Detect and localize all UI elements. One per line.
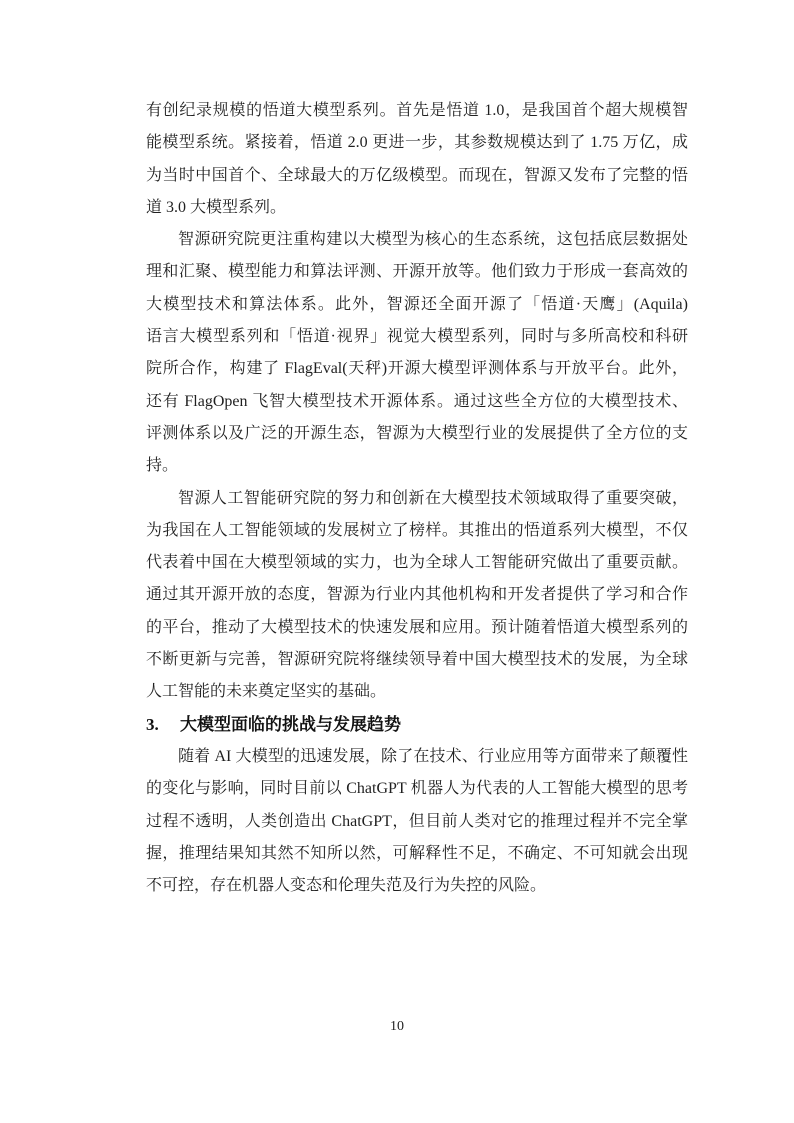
text-line: 院所合作，构建了 FlagEval(天秤)开源大模型评测体系与开放平台。此外， [146,353,688,385]
text-line: 不断更新与完善，智源研究院将继续领导着中国大模型技术的发展，为全球 [146,644,688,676]
text-line: 还有 FlagOpen 飞智大模型技术开源体系。通过这些全方位的大模型技术、 [146,386,688,418]
page-number: 10 [390,1019,404,1034]
paragraph: 有创纪录规模的悟道大模型系列。首先是悟道 1.0，是我国首个超大规模智 能模型系… [146,95,688,224]
text-line: 智源人工智能研究院的努力和创新在大模型技术领域取得了重要突破， [146,483,688,515]
text-line: 过程不透明，人类创造出 ChatGPT，但目前人类对它的推理过程并不完全掌 [146,806,688,838]
text-line: 有创纪录规模的悟道大模型系列。首先是悟道 1.0，是我国首个超大规模智 [146,95,688,127]
text-line: 评测体系以及广泛的开源生态，智源为大模型行业的发展提供了全方位的支 [146,418,688,450]
text-line: 的平台，推动了大模型技术的快速发展和应用。预计随着悟道大模型系列的 [146,612,688,644]
text-line: 代表着中国在大模型领域的实力，也为全球人工智能研究做出了重要贡献。 [146,547,688,579]
section-heading: 3.大模型面临的挑战与发展趋势 [146,709,688,741]
paragraph: 随着 AI 大模型的迅速发展，除了在技术、行业应用等方面带来了颠覆性 的变化与影… [146,741,688,902]
text-line: 随着 AI 大模型的迅速发展，除了在技术、行业应用等方面带来了颠覆性 [146,741,688,773]
text-line: 为我国在人工智能领域的发展树立了榜样。其推出的悟道系列大模型，不仅 [146,515,688,547]
text-line: 持。 [146,450,688,482]
heading-text: 大模型面临的挑战与发展趋势 [180,715,401,734]
text-line: 语言大模型系列和「悟道·视界」视觉大模型系列，同时与多所高校和科研 [146,321,688,353]
text-line: 智源研究院更注重构建以大模型为核心的生态系统，这包括底层数据处 [146,224,688,256]
text-line: 的变化与影响，同时目前以 ChatGPT 机器人为代表的人工智能大模型的思考 [146,773,688,805]
text-line: 不可控，存在机器人变态和伦理失范及行为失控的风险。 [146,870,688,902]
text-line: 握，推理结果知其然不知所以然，可解释性不足，不确定、不可知就会出现 [146,838,688,870]
text-line: 理和汇聚、模型能力和算法评测、开源开放等。他们致力于形成一套高效的 [146,256,688,288]
text-line: 道 3.0 大模型系列。 [146,192,688,224]
text-line: 大模型技术和算法体系。此外，智源还全面开源了「悟道·天鹰」(Aquila) [146,289,688,321]
text-line: 人工智能的未来奠定坚实的基础。 [146,676,688,708]
text-line: 能模型系统。紧接着，悟道 2.0 更进一步，其参数规模达到了 1.75 万亿，成 [146,127,688,159]
paragraph: 智源人工智能研究院的努力和创新在大模型技术领域取得了重要突破， 为我国在人工智能… [146,483,688,709]
text-line: 为当时中国首个、全球最大的万亿级模型。而现在，智源又发布了完整的悟 [146,160,688,192]
page-body: 有创纪录规模的悟道大模型系列。首先是悟道 1.0，是我国首个超大规模智 能模型系… [146,95,688,902]
paragraph: 智源研究院更注重构建以大模型为核心的生态系统，这包括底层数据处 理和汇聚、模型能… [146,224,688,482]
text-line: 通过其开源开放的态度，智源为行业内其他机构和开发者提供了学习和合作 [146,579,688,611]
page-footer: 10 [0,1016,794,1038]
heading-number: 3. [146,709,180,741]
document-page: 有创纪录规模的悟道大模型系列。首先是悟道 1.0，是我国首个超大规模智 能模型系… [0,0,794,1123]
